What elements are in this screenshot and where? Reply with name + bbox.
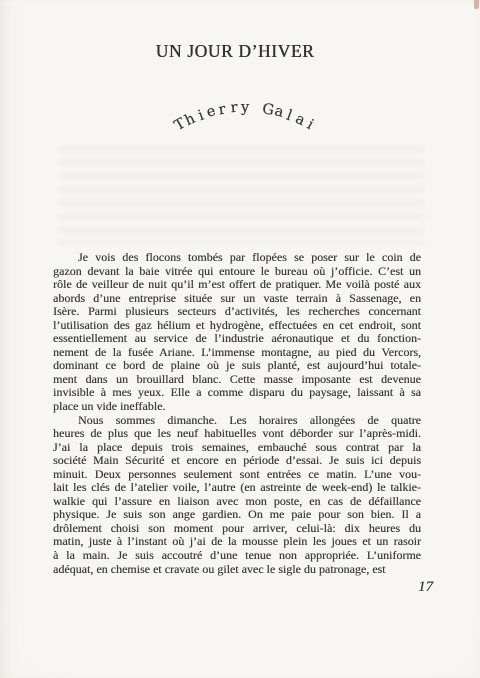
text-line: dominant ce bord de plaine où je suis pl… (53, 359, 421, 373)
text-line: lait les clés de l’atelier voile, l’autr… (53, 481, 421, 495)
text-line: gazon devant la baie vitrée qui entoure … (53, 265, 421, 279)
text-line: Nous sommes dimanche. Les horaires allon… (53, 414, 421, 428)
signature-letter: i (304, 117, 316, 133)
signature-letter: y (241, 100, 249, 116)
text-line: à la main. Je suis accoutré d’une tenue … (53, 549, 421, 563)
text-line: place un vide ineffable. (53, 400, 421, 414)
text-line: walkie qui l’assure en liaison avec mon … (53, 495, 421, 509)
book-page: UN JOUR D’HIVER Thierry Galai Je vois de… (0, 0, 480, 678)
signature-letter: l (285, 108, 295, 125)
text-line: Je vois des flocons tombés par flopées s… (53, 251, 421, 265)
text-line: l’utilisation des gaz hélium et hydrogèn… (53, 319, 421, 333)
page-showthrough (58, 146, 424, 244)
text-line: adéquat, en chemise et cravate ou gilet … (53, 563, 421, 577)
signature-letter: a (272, 104, 285, 122)
signature-letter: i (196, 108, 206, 125)
text-line: matin, juste à l’instant où j’ai de la m… (53, 535, 421, 549)
text-line: J’ai la place depuis trois semaines, emb… (53, 441, 421, 455)
text-line: abords d’une entreprise située sur un va… (53, 292, 421, 306)
text-line: ment dans un brouillard blanc. Cette mas… (53, 373, 421, 387)
signature-letter: r (218, 101, 228, 118)
page-title: UN JOUR D’HIVER (0, 41, 475, 62)
signature-letter: r (230, 100, 238, 117)
signature-letter: a (293, 111, 308, 129)
body-text: Je vois des flocons tombés par flopées s… (53, 251, 421, 576)
signature-letter: T (172, 116, 188, 135)
text-line: physique. Je suis son ange gardien. On m… (53, 508, 421, 522)
text-line: drôlement choisi son moment pour arriver… (53, 522, 421, 536)
text-line: invisible à mes yeux. Elle a comme dispa… (53, 386, 421, 400)
signature-letter: G (260, 101, 274, 119)
text-line: essentiellement au service de l’industri… (53, 332, 421, 346)
signature-letter: h (182, 111, 197, 129)
page-number: 17 (418, 579, 433, 596)
text-line: Isère. Parmi plusieurs secteurs d’activi… (53, 305, 421, 319)
text-line: rôle de veilleur de nuit qu’il m’est off… (53, 278, 421, 292)
text-line: heures de plus que les neuf habituelles … (53, 427, 421, 441)
signature-letter: e (205, 104, 217, 122)
text-line: minuit. Deux personnes seulement sont en… (53, 468, 421, 482)
text-line: nement de la fusée Ariane. L’immense mon… (53, 346, 421, 360)
corner-mark (474, 0, 479, 9)
text-line: société Main Sécurité et encore en pério… (53, 454, 421, 468)
